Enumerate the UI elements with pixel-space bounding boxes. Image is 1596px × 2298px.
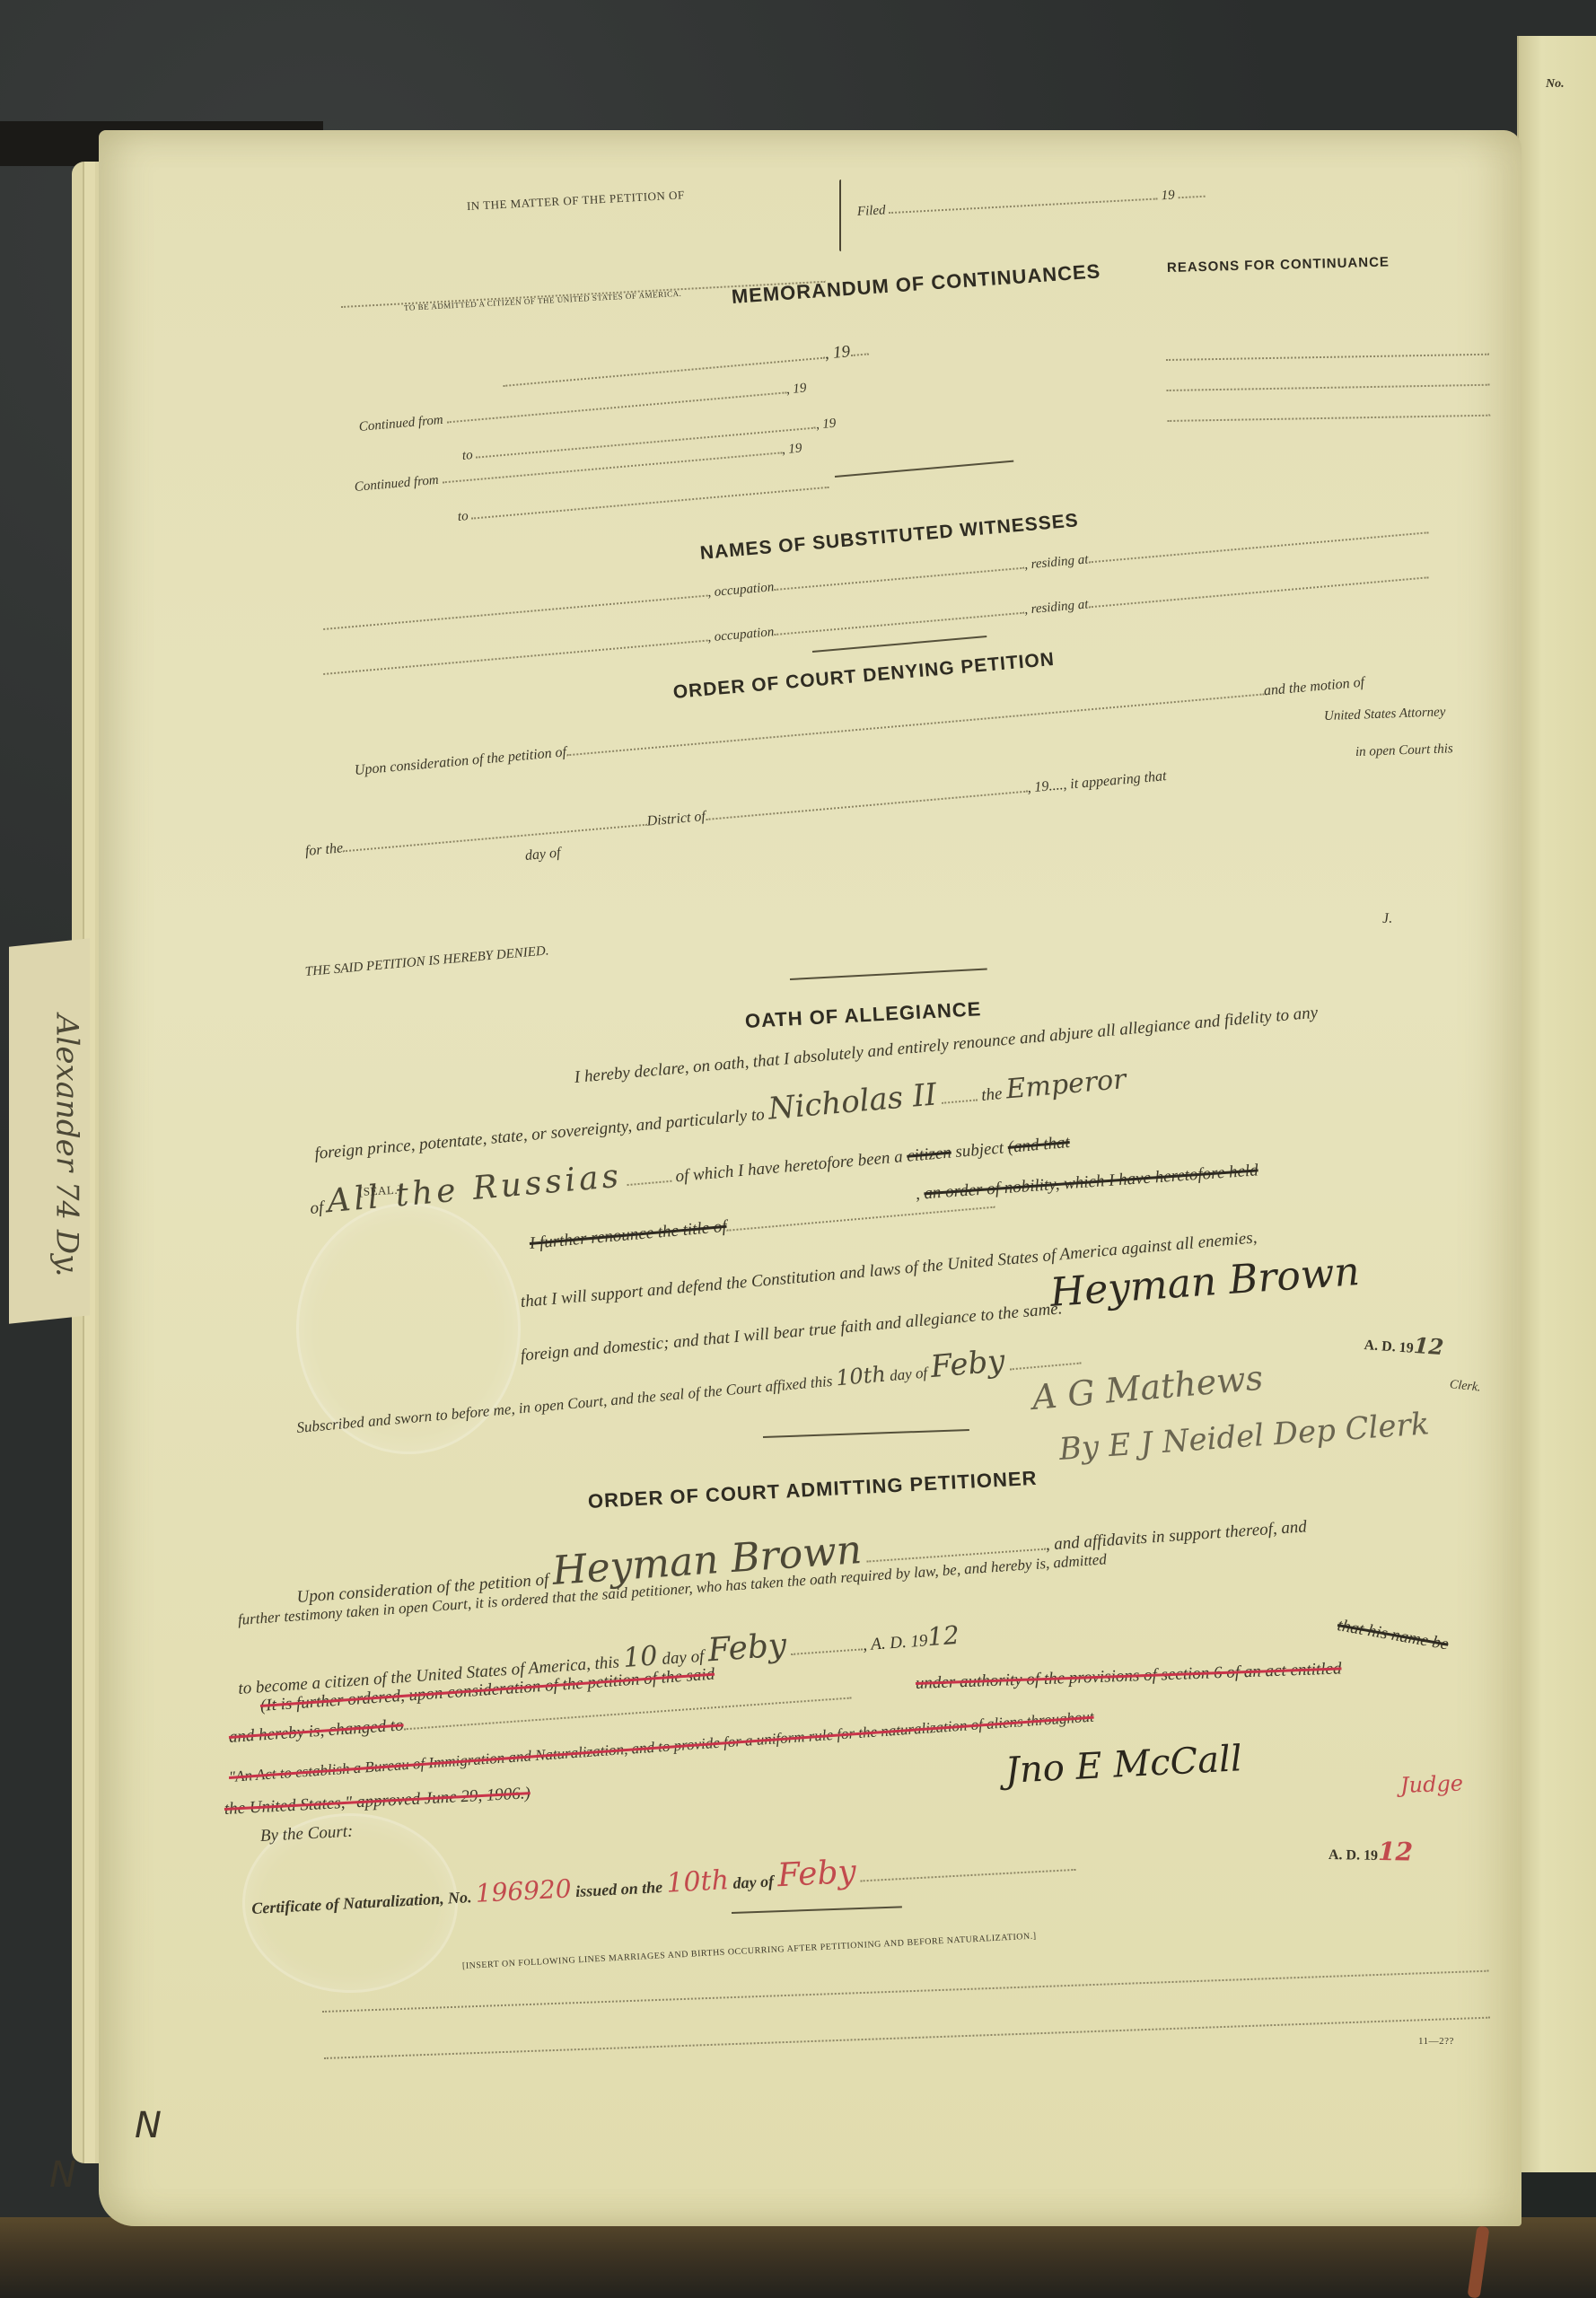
denying-line-5: day of xyxy=(524,846,561,864)
pencil-mark: N xyxy=(49,2154,76,2196)
reason-line xyxy=(1167,415,1490,422)
issued-month: Feby xyxy=(776,1854,857,1895)
row-label: to xyxy=(457,509,469,524)
year: 19 xyxy=(793,381,807,396)
text: day of xyxy=(524,846,561,864)
filed-year: 19 xyxy=(1161,188,1175,203)
reason-line xyxy=(1167,384,1490,391)
text: for the xyxy=(304,840,344,859)
admit-year-suffix: 12 xyxy=(926,1620,960,1652)
text: day of xyxy=(732,1873,774,1892)
bracket xyxy=(839,180,843,251)
pencil-mark: N xyxy=(135,2105,162,2146)
text: the xyxy=(980,1084,1003,1105)
sworn-day: 10th xyxy=(835,1362,887,1391)
text: 19 xyxy=(1034,779,1049,795)
denying-judge-mark: J. xyxy=(1382,911,1393,927)
ad-label: A. D. 19 xyxy=(1364,1338,1414,1356)
year: 19 xyxy=(832,342,851,363)
reasons-lines xyxy=(1166,354,1491,451)
certificate-number: 196920 xyxy=(475,1873,572,1908)
sworn-year: A. D. 1912 xyxy=(1364,1329,1444,1360)
year-suffix: 12 xyxy=(1378,1837,1414,1867)
text: day of xyxy=(889,1364,928,1385)
certificate-year: A. D. 1912 xyxy=(1329,1836,1414,1867)
blank xyxy=(861,1869,1076,1882)
filed-label: Filed xyxy=(857,203,886,219)
year: 19 xyxy=(788,441,802,456)
issued-day: 10th xyxy=(665,1864,729,1899)
margin-handwritten-note: Alexander 74 Dy. xyxy=(49,1014,83,1277)
struck-citizen: citizen xyxy=(906,1144,951,1166)
seal-label: [SEAL.] xyxy=(359,1183,403,1199)
subject-word: subject xyxy=(955,1138,1004,1162)
ad-label: A. D. 19 xyxy=(870,1631,928,1653)
blank xyxy=(792,1648,864,1655)
filed-year-blank xyxy=(1178,196,1205,199)
blank xyxy=(627,1180,671,1186)
year: 19 xyxy=(822,417,837,432)
year-suffix: 12 xyxy=(1413,1332,1444,1360)
text: issued on the xyxy=(575,1878,663,1900)
judge-label: Judge xyxy=(1400,1771,1464,1798)
sworn-month: Feby xyxy=(929,1343,1006,1385)
blank xyxy=(1009,1363,1081,1371)
facing-page-number-label: No. xyxy=(1546,77,1565,92)
text: of xyxy=(310,1198,325,1218)
admit-month: Feby xyxy=(706,1627,787,1669)
blank xyxy=(850,353,868,356)
form-number: 11—2?? xyxy=(1418,2036,1454,2047)
struck-and-that: (and that xyxy=(1007,1133,1071,1157)
row-label: to xyxy=(461,448,473,463)
right-page-stack xyxy=(1517,36,1596,2172)
ad-label: A. D. 19 xyxy=(1329,1847,1378,1864)
book-binding-bottom xyxy=(0,2217,1596,2298)
blank xyxy=(942,1099,978,1103)
